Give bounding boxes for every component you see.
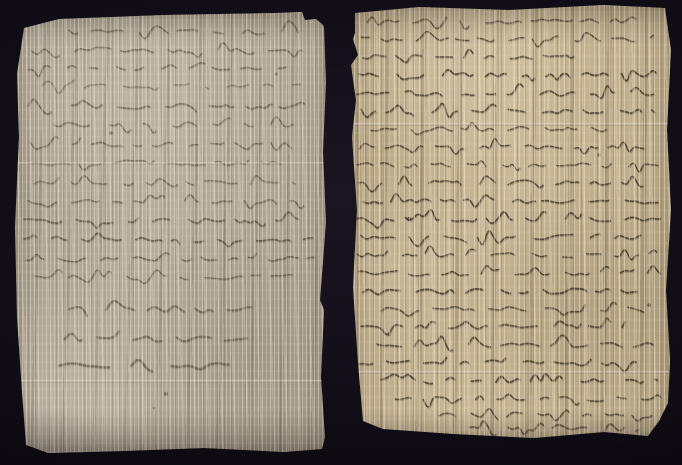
handwriting-line xyxy=(440,410,653,422)
handwriting-line xyxy=(35,271,293,285)
handwriting-line xyxy=(28,63,287,77)
handwriting-line xyxy=(70,302,252,317)
handwriting-line xyxy=(358,211,661,229)
handwriting-line xyxy=(364,51,575,64)
handwriting-line xyxy=(378,336,654,352)
handwriting-line xyxy=(359,358,636,372)
paper-crease xyxy=(16,380,328,383)
handwriting-line xyxy=(357,246,657,259)
handwriting-line xyxy=(358,162,659,173)
handwriting-right xyxy=(349,5,672,442)
handwriting-line xyxy=(360,177,644,192)
handwriting-line xyxy=(362,33,654,48)
handwriting-line xyxy=(35,177,296,188)
handwriting-line xyxy=(33,44,303,58)
handwriting-line xyxy=(28,99,304,114)
paper-crease xyxy=(16,162,328,165)
handwriting-line xyxy=(381,302,644,315)
ink-blot xyxy=(109,131,113,135)
ink-blot xyxy=(647,303,651,307)
left-page xyxy=(14,12,330,453)
paper-crease xyxy=(351,123,670,126)
ink-blot xyxy=(407,217,411,221)
handwriting-line xyxy=(54,117,293,133)
handwriting-line xyxy=(32,43,302,57)
handwriting-line xyxy=(29,196,305,210)
handwriting-line xyxy=(381,374,657,384)
handwriting-line xyxy=(363,194,658,207)
handwriting-line xyxy=(26,253,314,262)
handwriting-line xyxy=(360,267,661,277)
handwriting-line xyxy=(363,288,637,294)
ink-blot xyxy=(388,334,391,337)
handwriting-line xyxy=(360,71,657,82)
handwriting-line xyxy=(368,18,636,30)
ink-blot xyxy=(164,392,168,396)
handwriting-line xyxy=(24,233,312,246)
handwriting-line xyxy=(358,85,655,99)
handwriting-line xyxy=(358,247,658,260)
handwriting-line xyxy=(439,409,652,421)
handwriting-line xyxy=(359,176,643,191)
handwriting-line xyxy=(382,375,658,385)
manuscript-photo xyxy=(0,0,682,465)
handwriting-line xyxy=(395,394,661,407)
handwriting-line xyxy=(25,213,299,229)
handwriting-line xyxy=(382,304,645,317)
handwriting-line xyxy=(357,161,658,172)
handwriting-line xyxy=(69,301,251,316)
right-page xyxy=(349,5,672,442)
handwriting-line xyxy=(362,105,655,119)
handwriting-line xyxy=(28,195,304,209)
handwriting-line xyxy=(357,210,660,228)
handwriting-line xyxy=(359,266,660,276)
handwriting-line xyxy=(361,103,654,117)
handwriting-line xyxy=(43,81,302,94)
ink-blot xyxy=(275,73,278,76)
paper-crease xyxy=(351,371,670,374)
handwriting-line xyxy=(360,140,645,155)
handwriting-line xyxy=(64,331,247,341)
handwriting-line xyxy=(359,70,656,81)
ink-blot xyxy=(153,407,155,409)
handwriting-line xyxy=(361,31,653,46)
handwriting-line xyxy=(25,234,313,247)
handwriting-line xyxy=(357,84,654,98)
handwriting-line xyxy=(69,21,298,38)
handwriting-line xyxy=(42,80,301,93)
handwriting-left xyxy=(14,12,330,453)
handwriting-line xyxy=(29,64,288,78)
ink-blot xyxy=(597,153,600,156)
handwriting-line xyxy=(362,319,626,335)
handwriting-line xyxy=(364,195,659,208)
